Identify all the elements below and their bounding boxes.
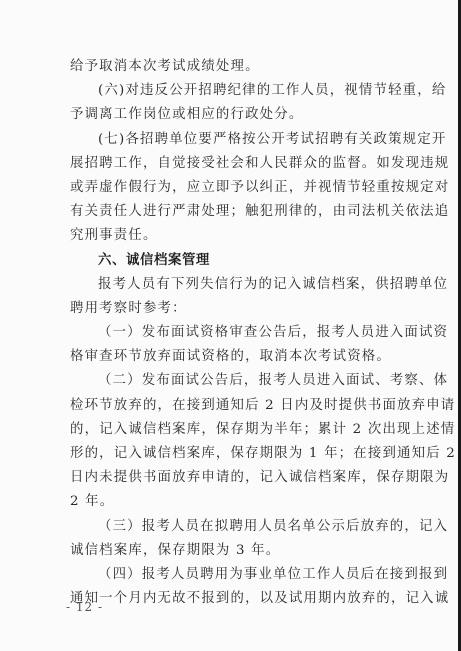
text-line: 2 年。 xyxy=(70,490,390,514)
text-line: 检环节放弃的，在接到通知后 2 日内及时提供书面放弃申请 xyxy=(70,394,390,418)
section-heading: 六、诚信档案管理 xyxy=(70,249,390,273)
text-line: 通知一个月内无故不报到的，以及试用期内放弃的，记入诚 xyxy=(70,587,390,611)
text-line-item-4: （四）报考人员聘用为事业单位工作人员后在接到报到 xyxy=(70,563,390,587)
text-line: 或弄虚作假行为，应立即予以纠正，并视情节轻重按规定对 xyxy=(70,176,390,200)
text-line: 究刑事责任。 xyxy=(70,224,390,248)
document-page: 给予取消本次考试成绩处理。 (六)对违反公开招聘纪律的工作人员，视情节轻重，给 … xyxy=(0,0,459,651)
text-line: 给予取消本次考试成绩处理。 xyxy=(70,55,390,79)
text-line: 日内未提供书面放弃申请的，记入诚信档案库，保存期限为 xyxy=(70,466,390,490)
text-line: 予调离工作岗位或相应的行政处分。 xyxy=(70,103,390,127)
text-line: 的，记入诚信档案库，保存期为半年；累计 2 次出现上述情 xyxy=(70,418,390,442)
text-line-item-6: (六)对违反公开招聘纪律的工作人员，视情节轻重，给 xyxy=(70,79,390,103)
text-line-item-2: （二）发布面试公告后，报考人员进入面试、考察、体 xyxy=(70,369,390,393)
text-line-item-7: (七)各招聘单位要严格按公开考试招聘有关政策规定开 xyxy=(70,128,390,152)
document-body: 给予取消本次考试成绩处理。 (六)对违反公开招聘纪律的工作人员，视情节轻重，给 … xyxy=(70,55,390,611)
text-line: 展招聘工作，自觉接受社会和人民群众的监督。如发现违规 xyxy=(70,152,390,176)
text-line: 诚信档案库，保存期限为 3 年。 xyxy=(70,539,390,563)
text-line: 聘用考察时参考： xyxy=(70,297,390,321)
text-line: 报考人员有下列失信行为的记入诚信档案，供招聘单位 xyxy=(70,273,390,297)
text-line: 形的，记入诚信档案库，保存期限为 1 年；在接到通知后 2 xyxy=(70,442,390,466)
text-line: 有关责任人进行严肃处理；触犯刑律的，由司法机关依法追 xyxy=(70,200,390,224)
text-line-item-1: （一）发布面试资格审查公告后，报考人员进入面试资 xyxy=(70,321,390,345)
page-number: - 12 - xyxy=(66,600,103,614)
text-line: 格审查环节放弃面试资格的，取消本次考试资格。 xyxy=(70,345,390,369)
text-line-item-3: （三）报考人员在拟聘用人员名单公示后放弃的，记入 xyxy=(70,515,390,539)
